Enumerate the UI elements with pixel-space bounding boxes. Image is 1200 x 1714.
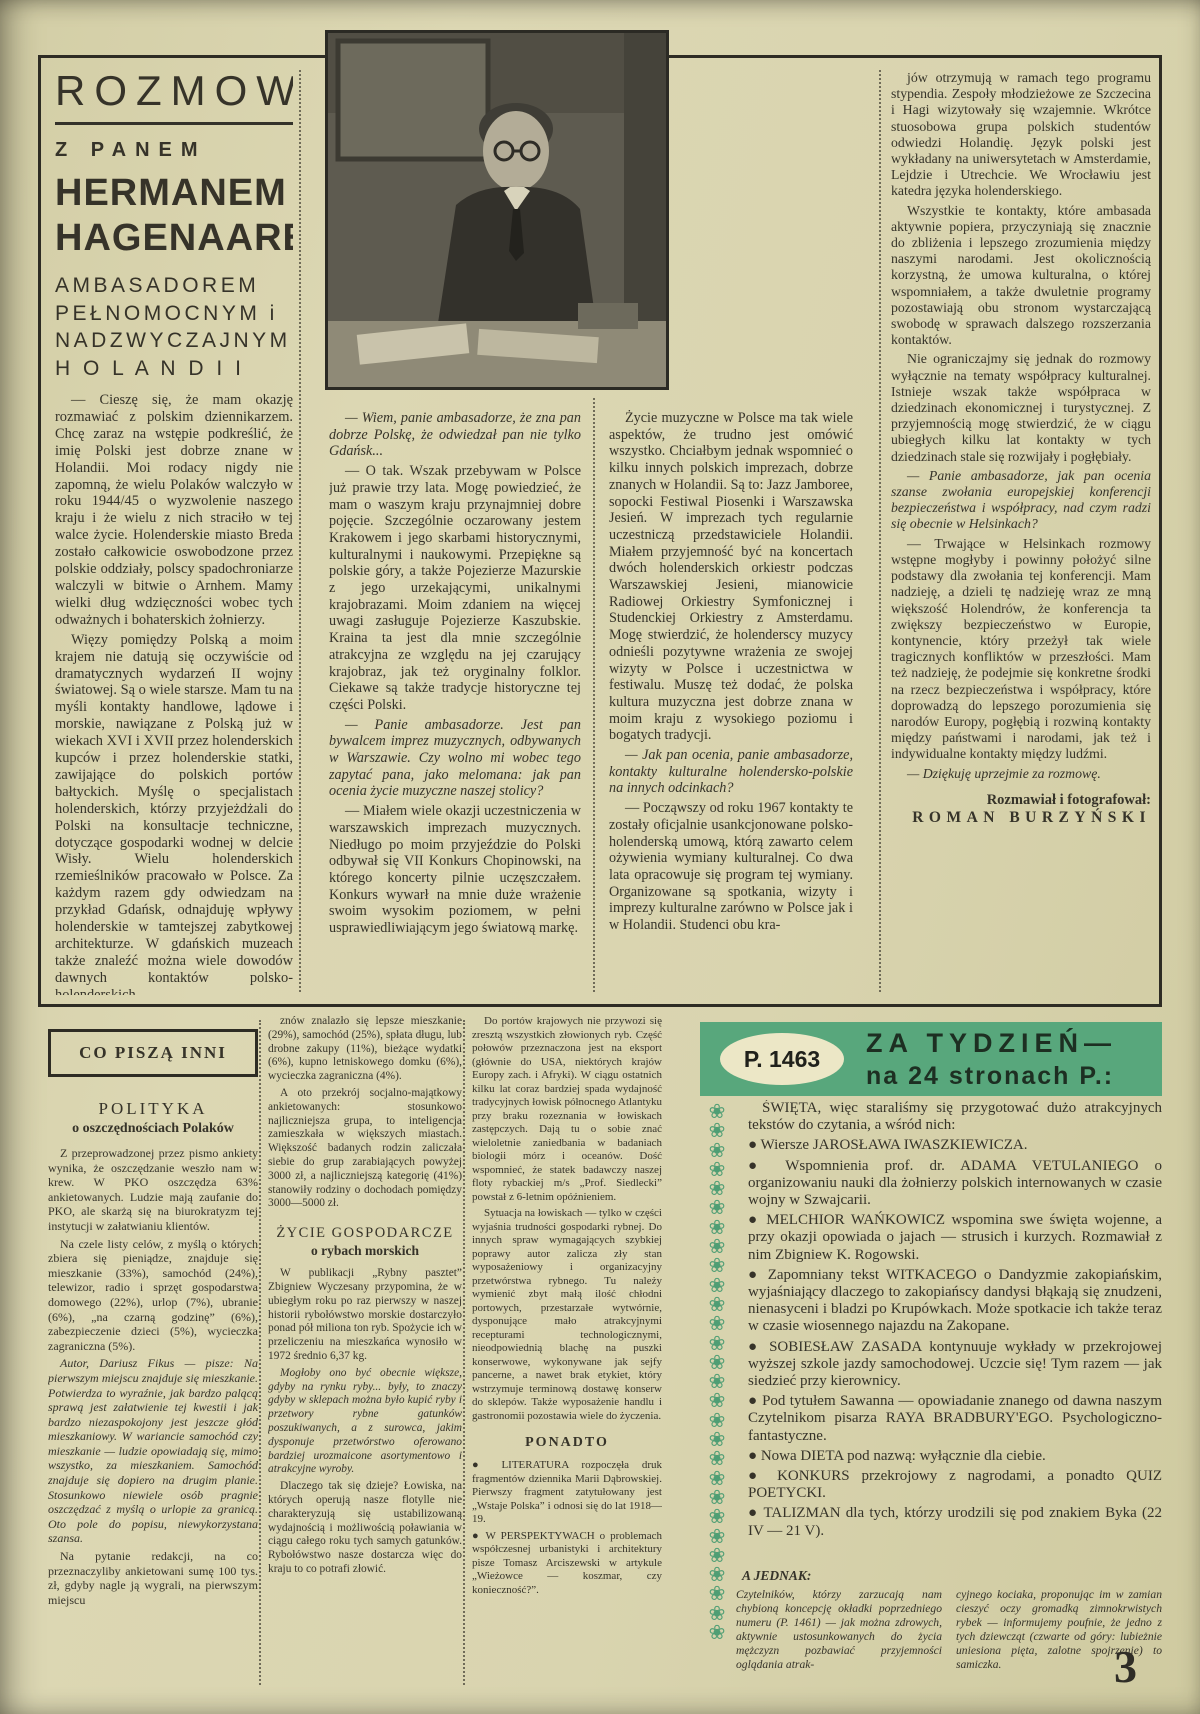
byline-author: ROMAN BURZYŃSKI [891,809,1151,827]
interview-article: ROZMOWA Z PANEM HERMANEM HAGENAAREM AMBA… [38,55,1162,1007]
column-divider [593,398,595,992]
interview-column-4: jów otrzymują w ramach tego programu sty… [891,70,1151,997]
paragraph: Na pytanie redakcji, na co przeznaczylib… [48,1549,258,1607]
paragraph: Do portów krajowych nie przywozi się zre… [472,1015,662,1204]
editors-note: A JEDNAK: Czytelników, którzy zarzucają … [736,1568,1162,1700]
section-box-title: CO PISZĄ INNI [48,1029,258,1077]
paragraph: — Począwszy od roku 1967 kontakty te zos… [609,800,853,934]
next-week-item: MELCHIOR WAŃKOWICZ wspomina swe święta w… [748,1212,1162,1264]
paragraph: — Panie ambasadorze. Jest pan bywalcem i… [329,717,581,801]
ambassador-photo [325,30,669,390]
headline-with: Z PANEM [55,139,293,162]
paragraph: jów otrzymują w ramach tego programu sty… [891,70,1151,200]
paragraph: Mogłoby ono być obecnie większe, gdyby n… [268,1367,462,1477]
paragraph: Na czele listy celów, z myślą o których … [48,1237,258,1354]
paragraph: — Miałem wiele okazji uczestniczenia w w… [329,803,581,937]
paragraph: Wszystkie te kontakty, które ambasada ak… [891,203,1151,349]
paragraph: — O tak. Wszak przebywam w Polsce już pr… [329,463,581,714]
page-number: 3 [1114,1640,1137,1693]
next-week-item: Zapomniany tekst WITKACEGO o Dandyzmie z… [748,1267,1162,1336]
next-week-item: TALIZMAN dla tych, którzy urodzili się p… [748,1505,1162,1539]
interview-col4-text: jów otrzymują w ramach tego programu sty… [891,70,1151,782]
flower-chain-ornament: ❀ ❀ ❀ ❀ ❀ ❀ ❀ ❀ ❀ ❀ ❀ ❀ ❀ ❀ ❀ ❀ ❀ ❀ ❀ ❀ … [702,1102,732,1642]
headline-role-line: H O L A N D I I [55,355,293,383]
ponadto-item: W PERSPEKTYWACH o problemach współczesne… [472,1530,662,1598]
paragraph: — Cieszę się, że mam okazję rozmawiać z … [55,392,293,629]
interview-column-1: ROZMOWA Z PANEM HERMANEM HAGENAAREM AMBA… [55,70,293,995]
interview-column-3: Życie muzyczne w Polsce ma tak wiele asp… [609,410,853,995]
paragraph: Dlaczego tak się dzieje? Łowiska, na któ… [268,1480,462,1577]
editors-note-heading: A JEDNAK: [742,1568,1162,1584]
next-week-title-line1: ZA TYDZIEŃ— [866,1026,1117,1060]
paragraph: Życie muzyczne w Polsce ma tak wiele asp… [609,410,853,744]
paragraph: Z przeprowadzonej przez pismo ankiety wy… [48,1146,258,1234]
column-divider [299,70,301,992]
next-week-item: SOBIESŁAW ZASADA kontynuuje wykłady w pr… [748,1339,1162,1391]
column-divider [463,1020,465,1685]
column-divider [879,70,881,992]
issue-number-badge: P. 1463 [720,1033,844,1085]
article-kicker: ROZMOWA [55,70,293,125]
next-week-item: Wspomnienia prof. dr. ADAMA VETULANIEGO … [748,1158,1162,1210]
paragraph: A oto przekrój socjalno-majątkowy ankiet… [268,1087,462,1211]
byline-label: Rozmawiał i fotografował: [891,792,1151,809]
next-week-title: ZA TYDZIEŃ— na 24 stronach P.: [866,1026,1117,1092]
ponadto-heading: PONADTO [472,1435,662,1451]
politics-text: Z przeprowadzonej przez pismo ankiety wy… [48,1146,258,1607]
politics-continued-text: znów znalazło się lepsze mieszkanie (29%… [268,1015,462,1211]
next-week-item: Wiersze JAROSŁAWA IWASZKIEWICZA. [748,1137,1162,1154]
paragraph: Więzy pomiędzy Polską a moim krajem nie … [55,632,293,995]
ponadto-list: LITERATURA rozpoczęła druk fragmentów dz… [472,1459,662,1597]
headline-name-2: HAGENAAREM [55,217,293,260]
paragraph: — Jak pan ocenia, panie ambasadorze, kon… [609,747,853,797]
column-divider [259,1020,261,1685]
paragraph: W publikacji „Rybny pasztet” Zbigniew Wy… [268,1267,462,1364]
paragraph: — Panie ambasadorze, jak pan ocenia szan… [891,468,1151,533]
paragraph: — Trwające w Helsinkach rozmowy wstępne … [891,536,1151,763]
review-column-economy: znów znalazło się lepsze mieszkanie (29%… [268,1015,462,1707]
next-week-item: Nowa DIETA pod nazwą: wyłącznie dla cieb… [748,1448,1162,1465]
economy-text: W publikacji „Rybny pasztet” Zbigniew Wy… [268,1267,462,1577]
paragraph: znów znalazło się lepsze mieszkanie (29%… [268,1015,462,1084]
paragraph: — Dziękuję uprzejmie za rozmowę. [891,766,1151,782]
interview-col1-text: — Cieszę się, że mam okazję rozmawiać z … [55,392,293,995]
headline-role: AMBASADOREMPEŁNOMOCNYM iNADZWYCZAJNYMH O… [55,272,293,382]
next-week-banner: P. 1463 ZA TYDZIEŃ— na 24 stronach P.: [700,1022,1162,1096]
interview-column-2: — Wiem, panie ambasadorze, że zna pan do… [329,410,581,995]
magazine-page: ROZMOWA Z PANEM HERMANEM HAGENAAREM AMBA… [0,0,1200,1714]
interview-col2-text: — Wiem, panie ambasadorze, że zna pan do… [329,410,581,937]
next-week-items: Wiersze JAROSŁAWA IWASZKIEWICZA.Wspomnie… [748,1137,1162,1539]
editors-note-col1: Czytelników, którzy zarzucają nam chybio… [736,1588,942,1671]
ambassador-photo-art [328,33,666,387]
headline-role-line: AMBASADOREM [55,272,293,300]
next-week-intro: ŚWIĘTA, więc staraliśmy się przygotować … [748,1100,1162,1134]
economy-heading: ŻYCIE GOSPODARCZE [268,1225,462,1242]
headline-role-line: NADZWYCZAJNYM [55,327,293,355]
politics-subheading: o oszczędnościach Polaków [48,1121,258,1137]
paragraph: Nie ograniczajmy się jednak do rozmowy w… [891,351,1151,464]
politics-heading: POLITYKA [48,1099,258,1119]
review-column-fishing: Do portów krajowych nie przywozi się zre… [472,1015,662,1707]
next-week-title-line2: na 24 stronach P.: [866,1060,1117,1092]
headline-name-1: HERMANEM [55,172,293,215]
headline-role-line: PEŁNOMOCNYM i [55,300,293,328]
paragraph: Sytuacja na łowiskach — tylko w części w… [472,1207,662,1423]
next-week-item: KONKURS przekrojowy z nagrodami, a ponad… [748,1468,1162,1502]
paragraph: — Wiem, panie ambasadorze, że zna pan do… [329,410,581,460]
next-week-contents: ŚWIĘTA, więc staraliśmy się przygotować … [748,1100,1162,1562]
review-column-politics: CO PISZĄ INNI POLITYKA o oszczędnościach… [48,1015,258,1707]
ponadto-item: LITERATURA rozpoczęła druk fragmentów dz… [472,1459,662,1527]
interview-col3-text: Życie muzyczne w Polsce ma tak wiele asp… [609,410,853,934]
fishing-text: Do portów krajowych nie przywozi się zre… [472,1015,662,1423]
paragraph: Autor, Dariusz Fikus — pisze: Na pierwsz… [48,1356,258,1546]
economy-subheading: o rybach morskich [268,1243,462,1259]
next-week-item: Pod tytułem Sawanna — opowiadanie znaneg… [748,1393,1162,1445]
